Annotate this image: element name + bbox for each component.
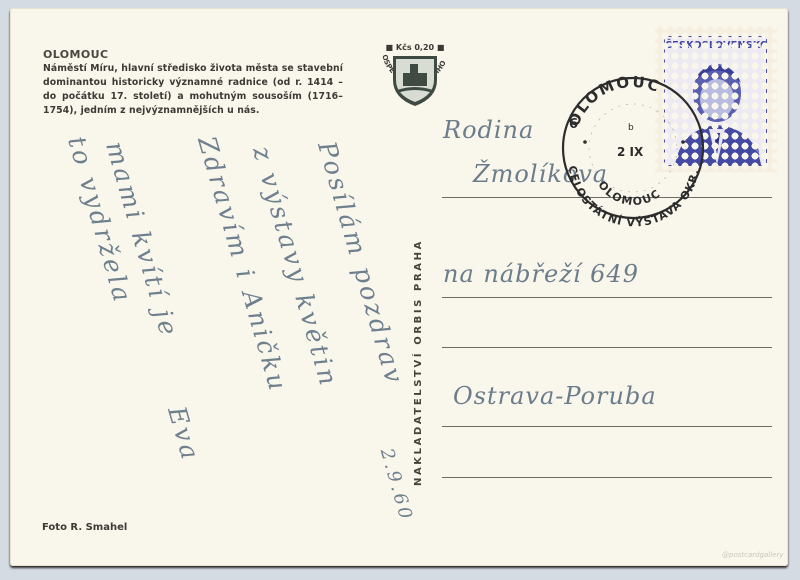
- address-street: na nábřeží 649: [443, 260, 639, 288]
- postmark-city: OLOMOUC: [565, 73, 664, 129]
- logo-price: ■ Kčs 0,20 ■: [386, 42, 445, 52]
- address-line: [442, 477, 772, 478]
- castle-shield-icon: ■ Kčs 0,20 ■ VE PROSPĚCH CESTOVNÍHO RUCH…: [375, 40, 455, 118]
- caption-title: OLOMOUC: [43, 48, 343, 62]
- postcard-back: OLOMOUC Náměstí Míru, hlavní středisko ž…: [10, 8, 788, 566]
- postmark-date: 2 IX: [617, 145, 644, 159]
- photo-credit: Foto R. Smahel: [42, 522, 127, 533]
- stamp-value: 30h: [728, 138, 760, 160]
- address-recipient: Rodina: [443, 116, 534, 144]
- svg-text:OLOMOUC: OLOMOUC: [565, 73, 664, 129]
- postmark-sub: b: [628, 123, 634, 133]
- caption-body: Náměstí Míru, hlavní středisko života mě…: [43, 62, 343, 118]
- watermark: @postcardgallery: [722, 551, 784, 559]
- address-line: [442, 347, 772, 348]
- svg-text:OLOMOUC: OLOMOUC: [595, 179, 663, 209]
- postmark-cancellation: OLOMOUC CELOSTÁTNÍ VÝSTAVA OKR. OLOMOUC …: [555, 68, 725, 238]
- publisher-imprint: NAKLADATELSTVÍ ORBIS PRAHA: [413, 239, 424, 486]
- postmark-number: 6: [569, 117, 578, 132]
- address-city: Ostrava-Poruba: [453, 382, 657, 410]
- address-line: [442, 426, 772, 427]
- photo-caption: OLOMOUC Náměstí Míru, hlavní středisko ž…: [43, 48, 343, 118]
- postmark-inner-city: OLOMOUC: [595, 179, 663, 209]
- message-date: 2.9.60: [376, 446, 417, 524]
- address-line: [442, 297, 772, 298]
- message-signature: Eva: [162, 403, 205, 465]
